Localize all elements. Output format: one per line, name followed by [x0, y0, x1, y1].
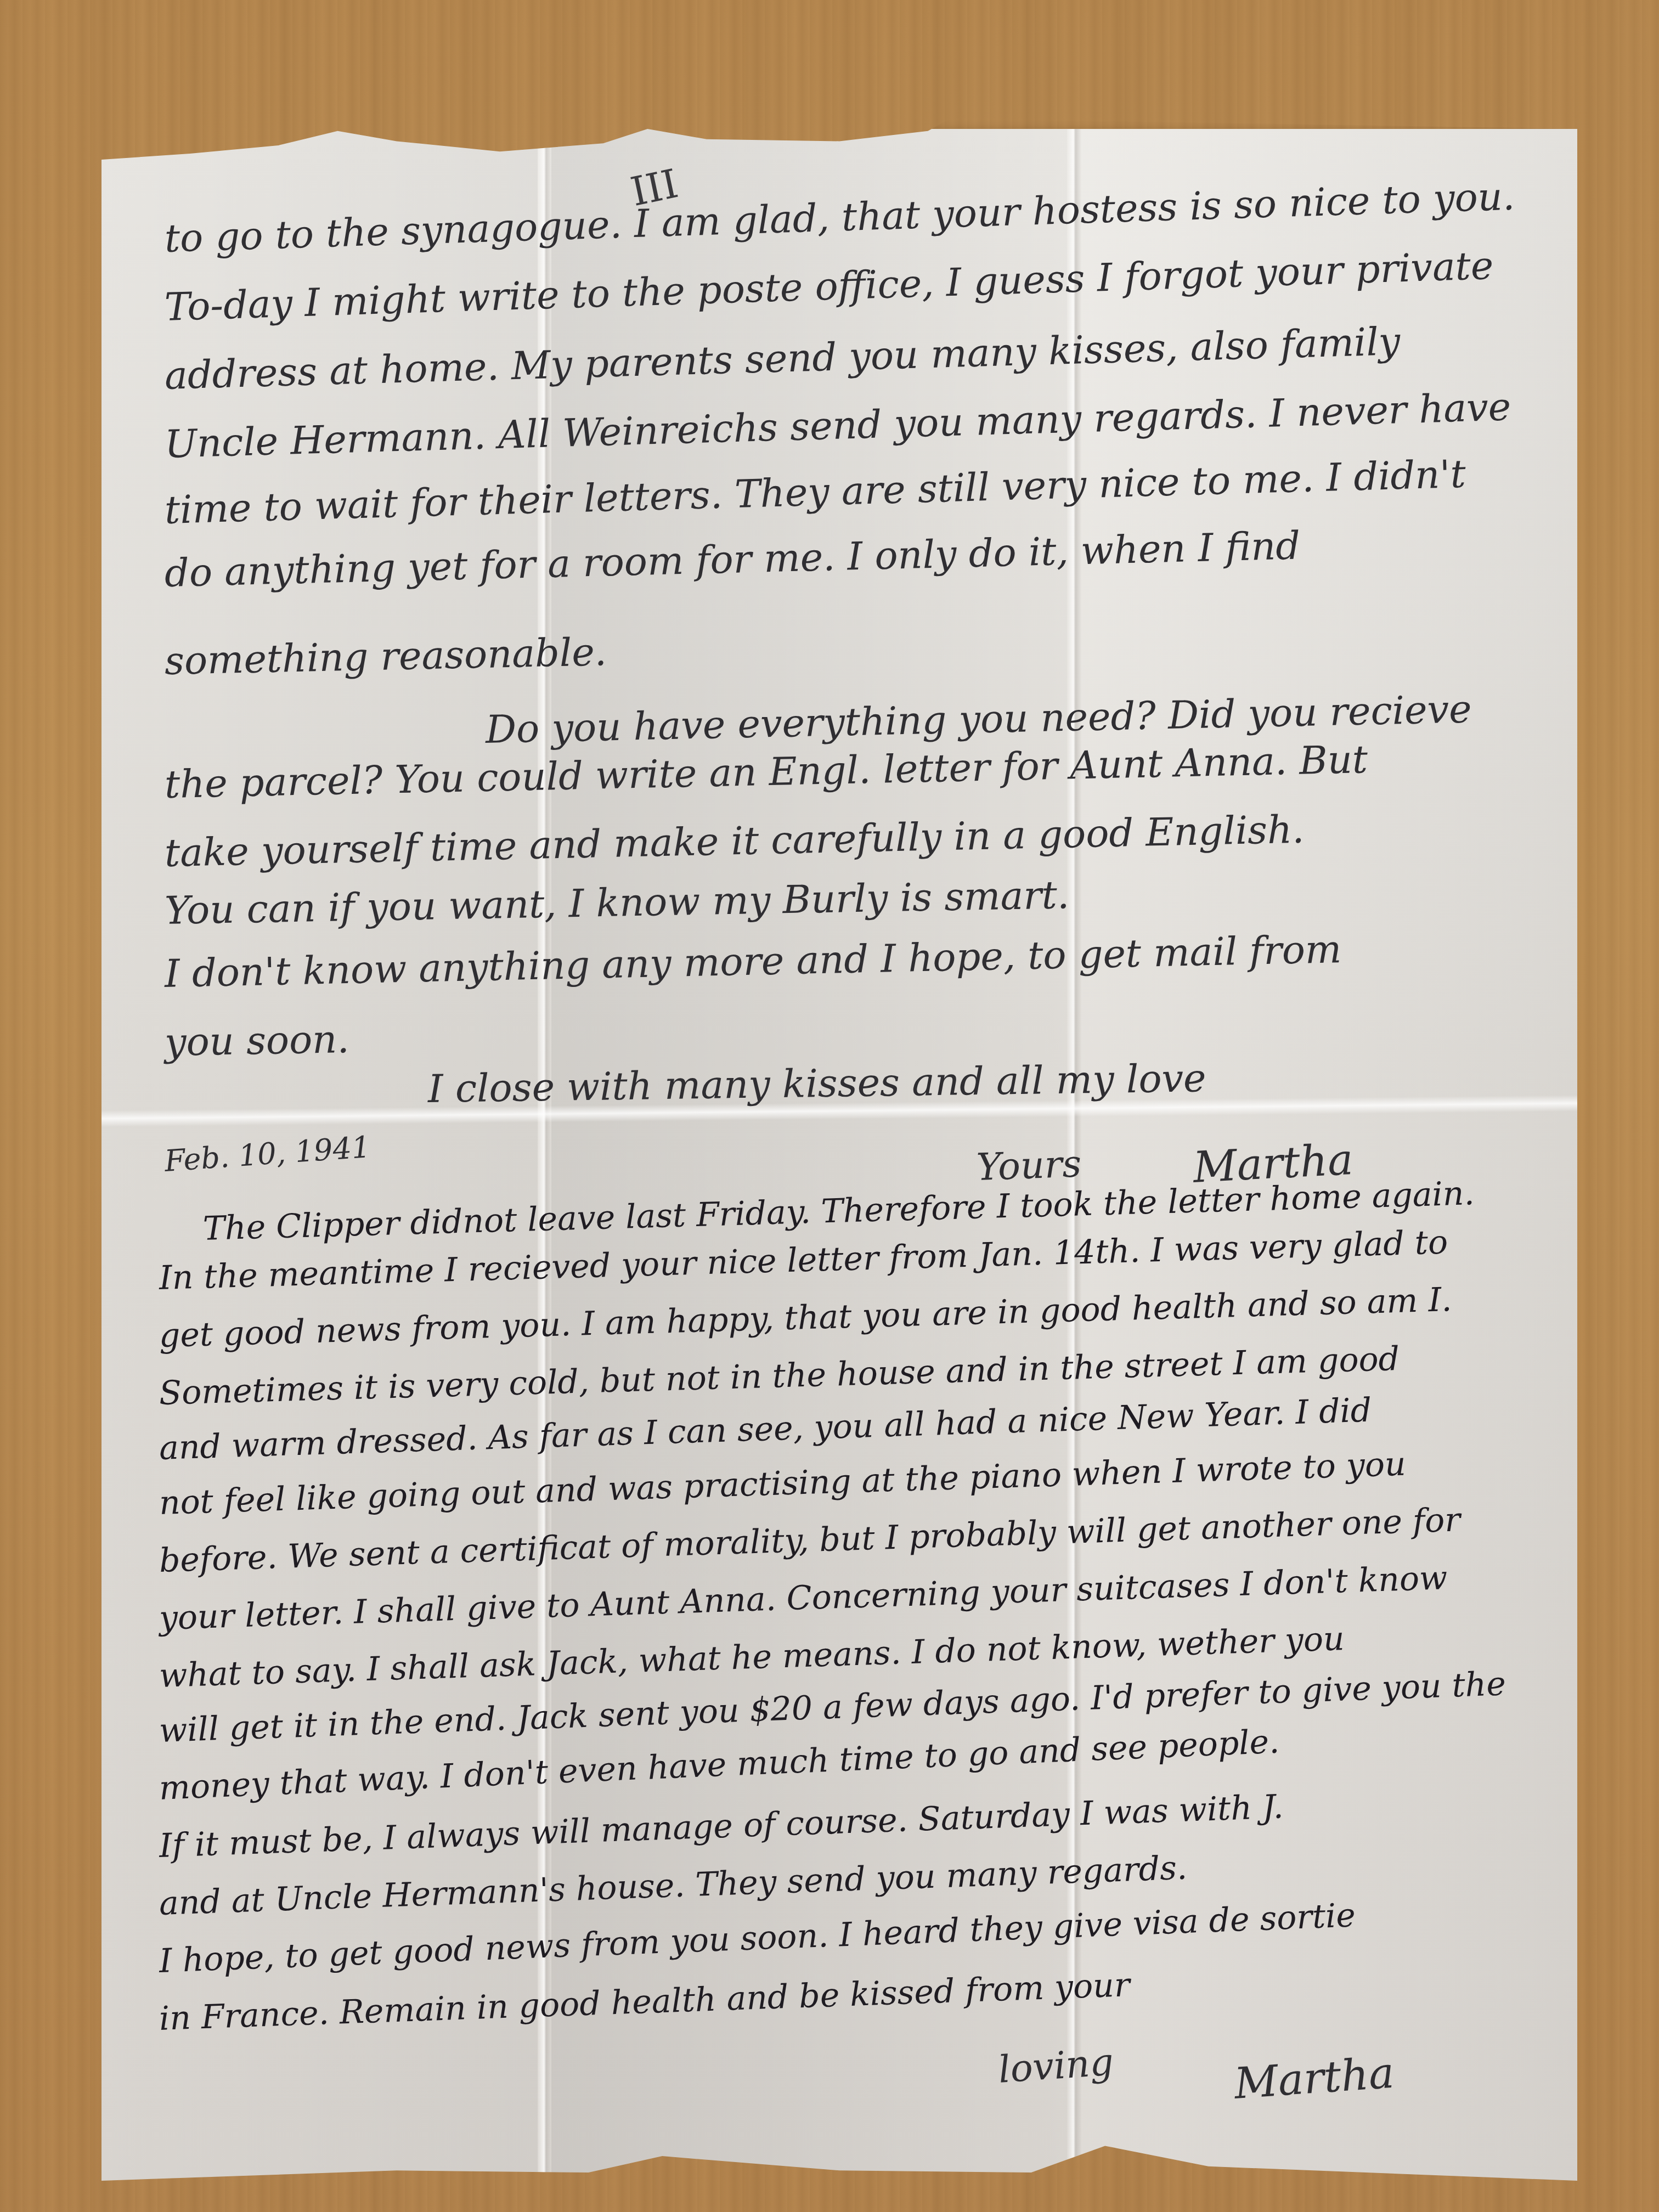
letter-line: you soon.: [164, 1020, 349, 1062]
closing-yours: Yours: [976, 1145, 1082, 1187]
signature-part-1: Martha: [1192, 1138, 1354, 1189]
closing-loving: loving: [997, 2044, 1115, 2089]
letter-line: I close with many kisses and all my love: [428, 1059, 1206, 1108]
letter-line: something reasonable.: [164, 633, 607, 680]
signature-part-2: Martha: [1233, 2052, 1395, 2106]
